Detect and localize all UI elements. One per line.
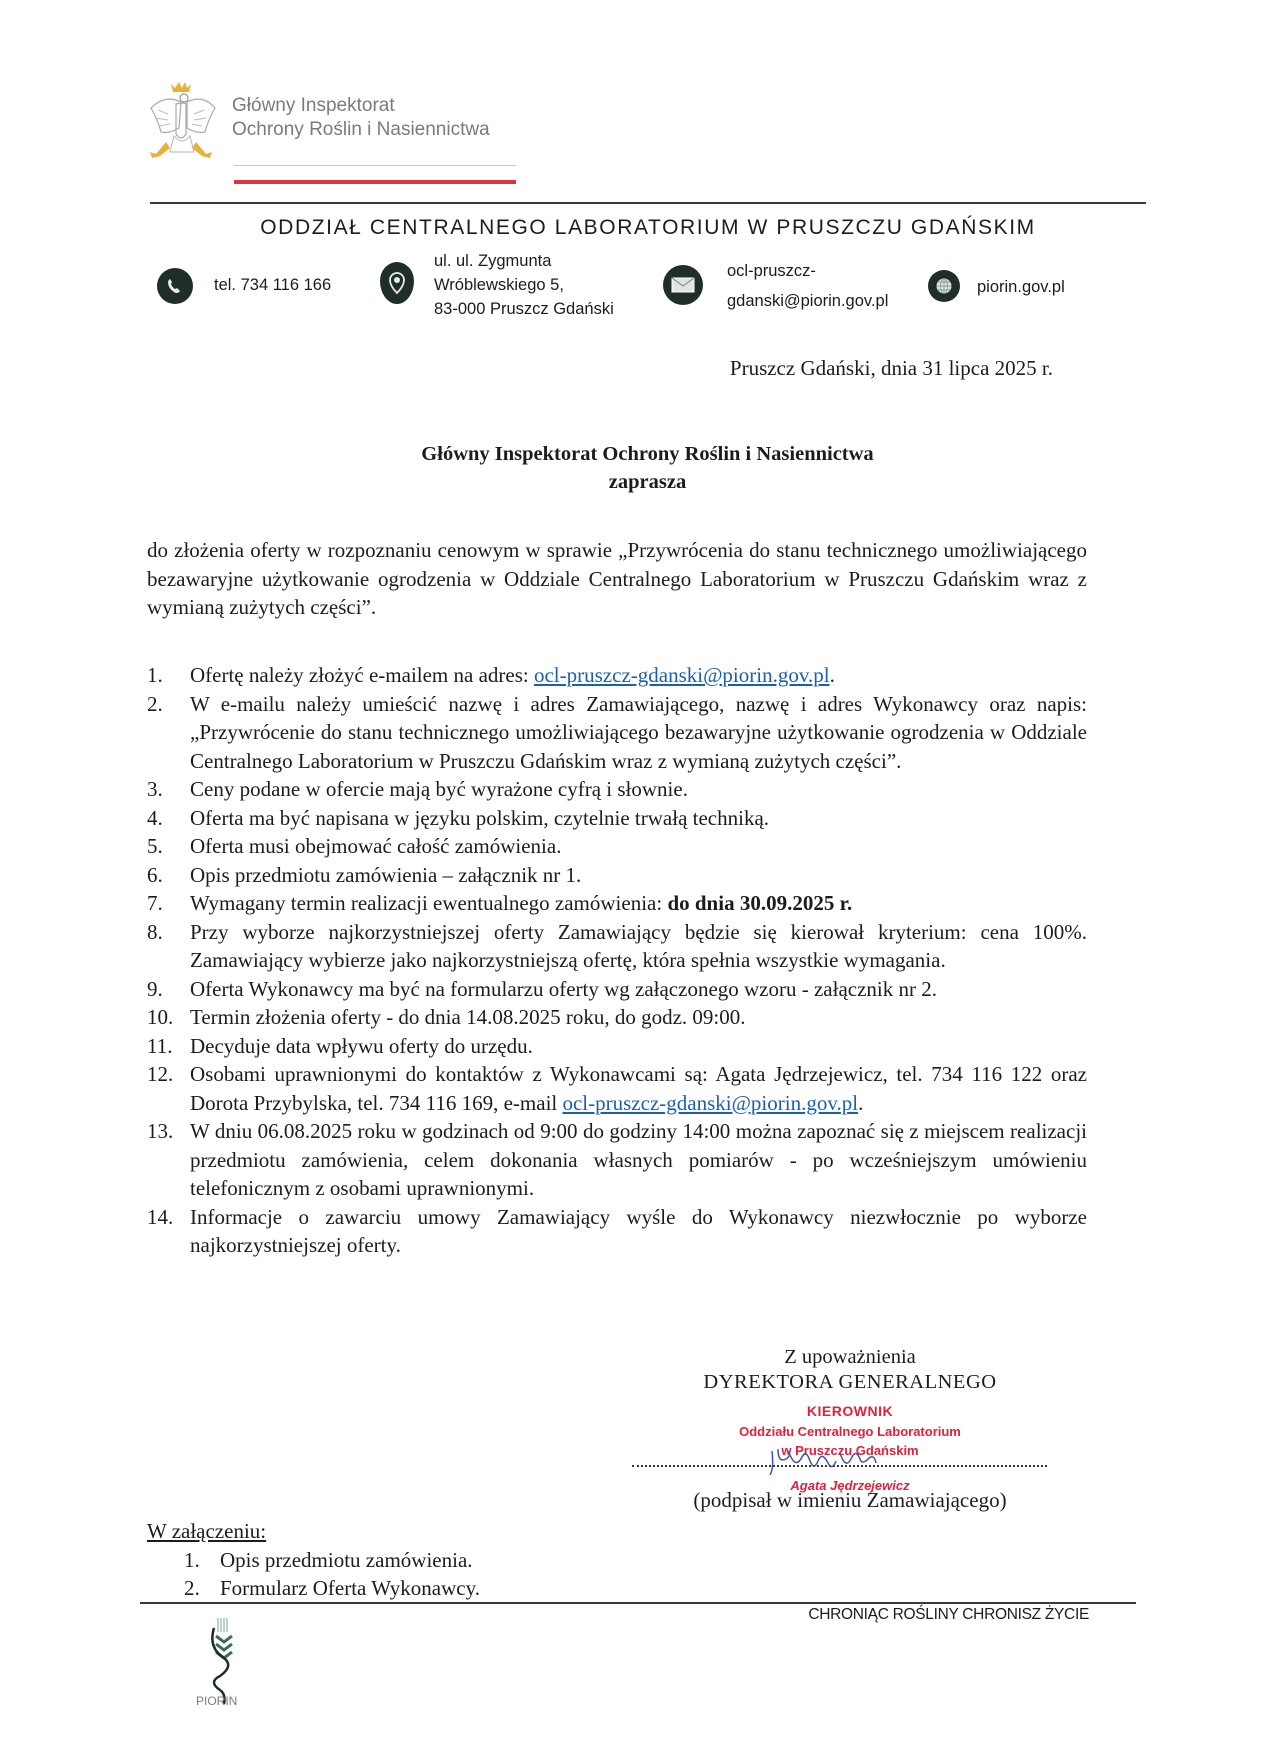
list-item-number: 3.: [147, 775, 163, 804]
title-line2: zaprasza: [150, 468, 1145, 496]
address-line1: ul. ul. Zygmunta: [434, 249, 614, 273]
envelope-icon: [663, 265, 703, 305]
list-item-text: Oferta ma być napisana w języku polskim,…: [190, 806, 769, 830]
list-item: 7.Wymagany termin realizacji ewentualneg…: [147, 889, 1087, 918]
signature-director: DYREKTORA GENERALNEGO: [640, 1371, 1060, 1394]
list-item-text: Przy wyborze najkorzystniejszej oferty Z…: [190, 920, 1087, 973]
list-item-text: Termin złożenia oferty - do dnia 14.08.2…: [190, 1005, 746, 1029]
invitation-title: Główny Inspektorat Ochrony Roślin i Nasi…: [150, 440, 1145, 496]
attachment-number: 2.: [184, 1574, 200, 1602]
list-item-text: Oferta Wykonawcy ma być na formularzu of…: [190, 977, 937, 1001]
email-link[interactable]: ocl-pruszcz-gdanski@piorin.gov.pl: [562, 1091, 858, 1115]
stamp-unit: Oddziału Centralnego Laboratorium: [640, 1424, 1060, 1439]
deadline-bold: do dnia 30.09.2025 r.: [667, 891, 852, 915]
list-item: 11.Decyduje data wpływu oferty do urzędu…: [147, 1032, 1087, 1061]
globe-icon: [928, 270, 960, 302]
list-item: 6.Opis przedmiotu zamówienia – załącznik…: [147, 861, 1087, 890]
list-item-number: 10.: [147, 1003, 173, 1032]
piorin-label: PIORIN: [196, 1694, 237, 1708]
list-item-text: Informacje o zawarciu umowy Zamawiający …: [190, 1205, 1087, 1258]
list-item-suffix: .: [858, 1091, 863, 1115]
signature-caption: (podpisał w imieniu Zamawiającego): [640, 1488, 1060, 1513]
list-item-text: Ceny podane w ofercie mają być wyrażone …: [190, 777, 688, 801]
stamp-title: KIEROWNIK: [640, 1403, 1060, 1419]
attachments-heading: W załączeniu:: [147, 1519, 266, 1544]
attachment-item: 1.Opis przedmiotu zamówienia.: [184, 1546, 480, 1574]
list-item: 5.Oferta musi obejmować całość zamówieni…: [147, 832, 1087, 861]
footer-motto: CHRONIĄC ROŚLINY CHRONISZ ŻYCIE: [808, 1606, 1089, 1624]
footer-divider: [140, 1602, 1136, 1604]
contact-email[interactable]: ocl-pruszcz- gdanski@piorin.gov.pl: [727, 259, 888, 313]
contact-website[interactable]: piorin.gov.pl: [977, 275, 1065, 299]
list-item-text: W e-mailu należy umieścić nazwę i adres …: [190, 692, 1087, 773]
list-item: 1.Ofertę należy złożyć e-mailem na adres…: [147, 661, 1087, 690]
attachment-item: 2.Formularz Oferta Wykonawcy.: [184, 1574, 480, 1602]
attachments-list: 1.Opis przedmiotu zamówienia.2.Formularz…: [184, 1546, 480, 1602]
department-heading: ODDZIAŁ CENTRALNEGO LABORATORIUM W PRUSZ…: [150, 216, 1146, 240]
header-divider: [150, 202, 1146, 204]
list-item: 12.Osobami uprawnionymi do kontaktów z W…: [147, 1060, 1087, 1117]
list-item: 8.Przy wyborze najkorzystniejszej oferty…: [147, 918, 1087, 975]
conditions-list: 1.Ofertę należy złożyć e-mailem na adres…: [147, 661, 1087, 1260]
logo-text-line2: Ochrony Roślin i Nasiennictwa: [232, 118, 490, 142]
address-line3: 83-000 Pruszcz Gdański: [434, 297, 614, 321]
attachment-number: 1.: [184, 1546, 200, 1574]
list-item-text: W dniu 06.08.2025 roku w godzinach od 9:…: [190, 1119, 1087, 1200]
list-item-number: 11.: [147, 1032, 172, 1061]
email-line2: gdanski@piorin.gov.pl: [727, 289, 888, 313]
attachment-text: Formularz Oferta Wykonawcy.: [220, 1576, 480, 1600]
logo-red-bar: [234, 180, 516, 184]
logo-text-line1: Główny Inspektorat: [232, 94, 490, 118]
list-item-number: 12.: [147, 1060, 173, 1089]
list-item-text: Opis przedmiotu zamówienia – załącznik n…: [190, 863, 581, 887]
list-item-number: 5.: [147, 832, 163, 861]
list-item-number: 4.: [147, 804, 163, 833]
list-item-number: 6.: [147, 861, 163, 890]
list-item: 4.Oferta ma być napisana w języku polski…: [147, 804, 1087, 833]
list-item-text: Oferta musi obejmować całość zamówienia.: [190, 834, 561, 858]
address-line2: Wróblewskiego 5,: [434, 273, 614, 297]
intro-paragraph: do złożenia oferty w rozpoznaniu cenowym…: [147, 536, 1087, 622]
list-item: 9.Oferta Wykonawcy ma być na formularzu …: [147, 975, 1087, 1004]
list-item-number: 9.: [147, 975, 163, 1004]
list-item: 3.Ceny podane w ofercie mają być wyrażon…: [147, 775, 1087, 804]
list-item-number: 2.: [147, 690, 163, 719]
list-item-number: 8.: [147, 918, 163, 947]
contact-address: ul. ul. Zygmunta Wróblewskiego 5, 83-000…: [434, 249, 614, 321]
list-item: 2.W e-mailu należy umieścić nazwę i adre…: [147, 690, 1087, 776]
list-item-text: Ofertę należy złożyć e-mailem na adres:: [190, 663, 534, 687]
list-item-number: 7.: [147, 889, 163, 918]
phone-icon: [157, 268, 193, 304]
list-item-text: Decyduje data wpływu oferty do urzędu.: [190, 1034, 533, 1058]
giorin-logo: Główny Inspektorat Ochrony Roślin i Nasi…: [140, 76, 540, 176]
list-item: 13.W dniu 06.08.2025 roku w godzinach od…: [147, 1117, 1087, 1203]
signature-authorization: Z upoważnienia: [640, 1343, 1060, 1371]
list-item-number: 1.: [147, 661, 163, 690]
title-line1: Główny Inspektorat Ochrony Roślin i Nasi…: [150, 440, 1145, 468]
logo-thin-divider: [234, 165, 516, 166]
list-item-number: 14.: [147, 1203, 173, 1232]
email-line1: ocl-pruszcz-: [727, 259, 888, 283]
attachment-text: Opis przedmiotu zamówienia.: [220, 1548, 473, 1572]
location-pin-icon: [380, 262, 414, 304]
list-item-text: Wymagany termin realizacji ewentualnego …: [190, 891, 667, 915]
eagle-emblem-icon: [146, 80, 216, 168]
date-line: Pruszcz Gdański, dnia 31 lipca 2025 r.: [730, 356, 1053, 381]
contact-phone: tel. 734 116 166: [214, 273, 331, 297]
list-item: 14.Informacje o zawarciu umowy Zamawiają…: [147, 1203, 1087, 1260]
email-link[interactable]: ocl-pruszcz-gdanski@piorin.gov.pl: [534, 663, 830, 687]
handwritten-signature: [768, 1445, 878, 1481]
list-item-number: 13.: [147, 1117, 173, 1146]
list-item: 10.Termin złożenia oferty - do dnia 14.0…: [147, 1003, 1087, 1032]
list-item-suffix: .: [830, 663, 835, 687]
